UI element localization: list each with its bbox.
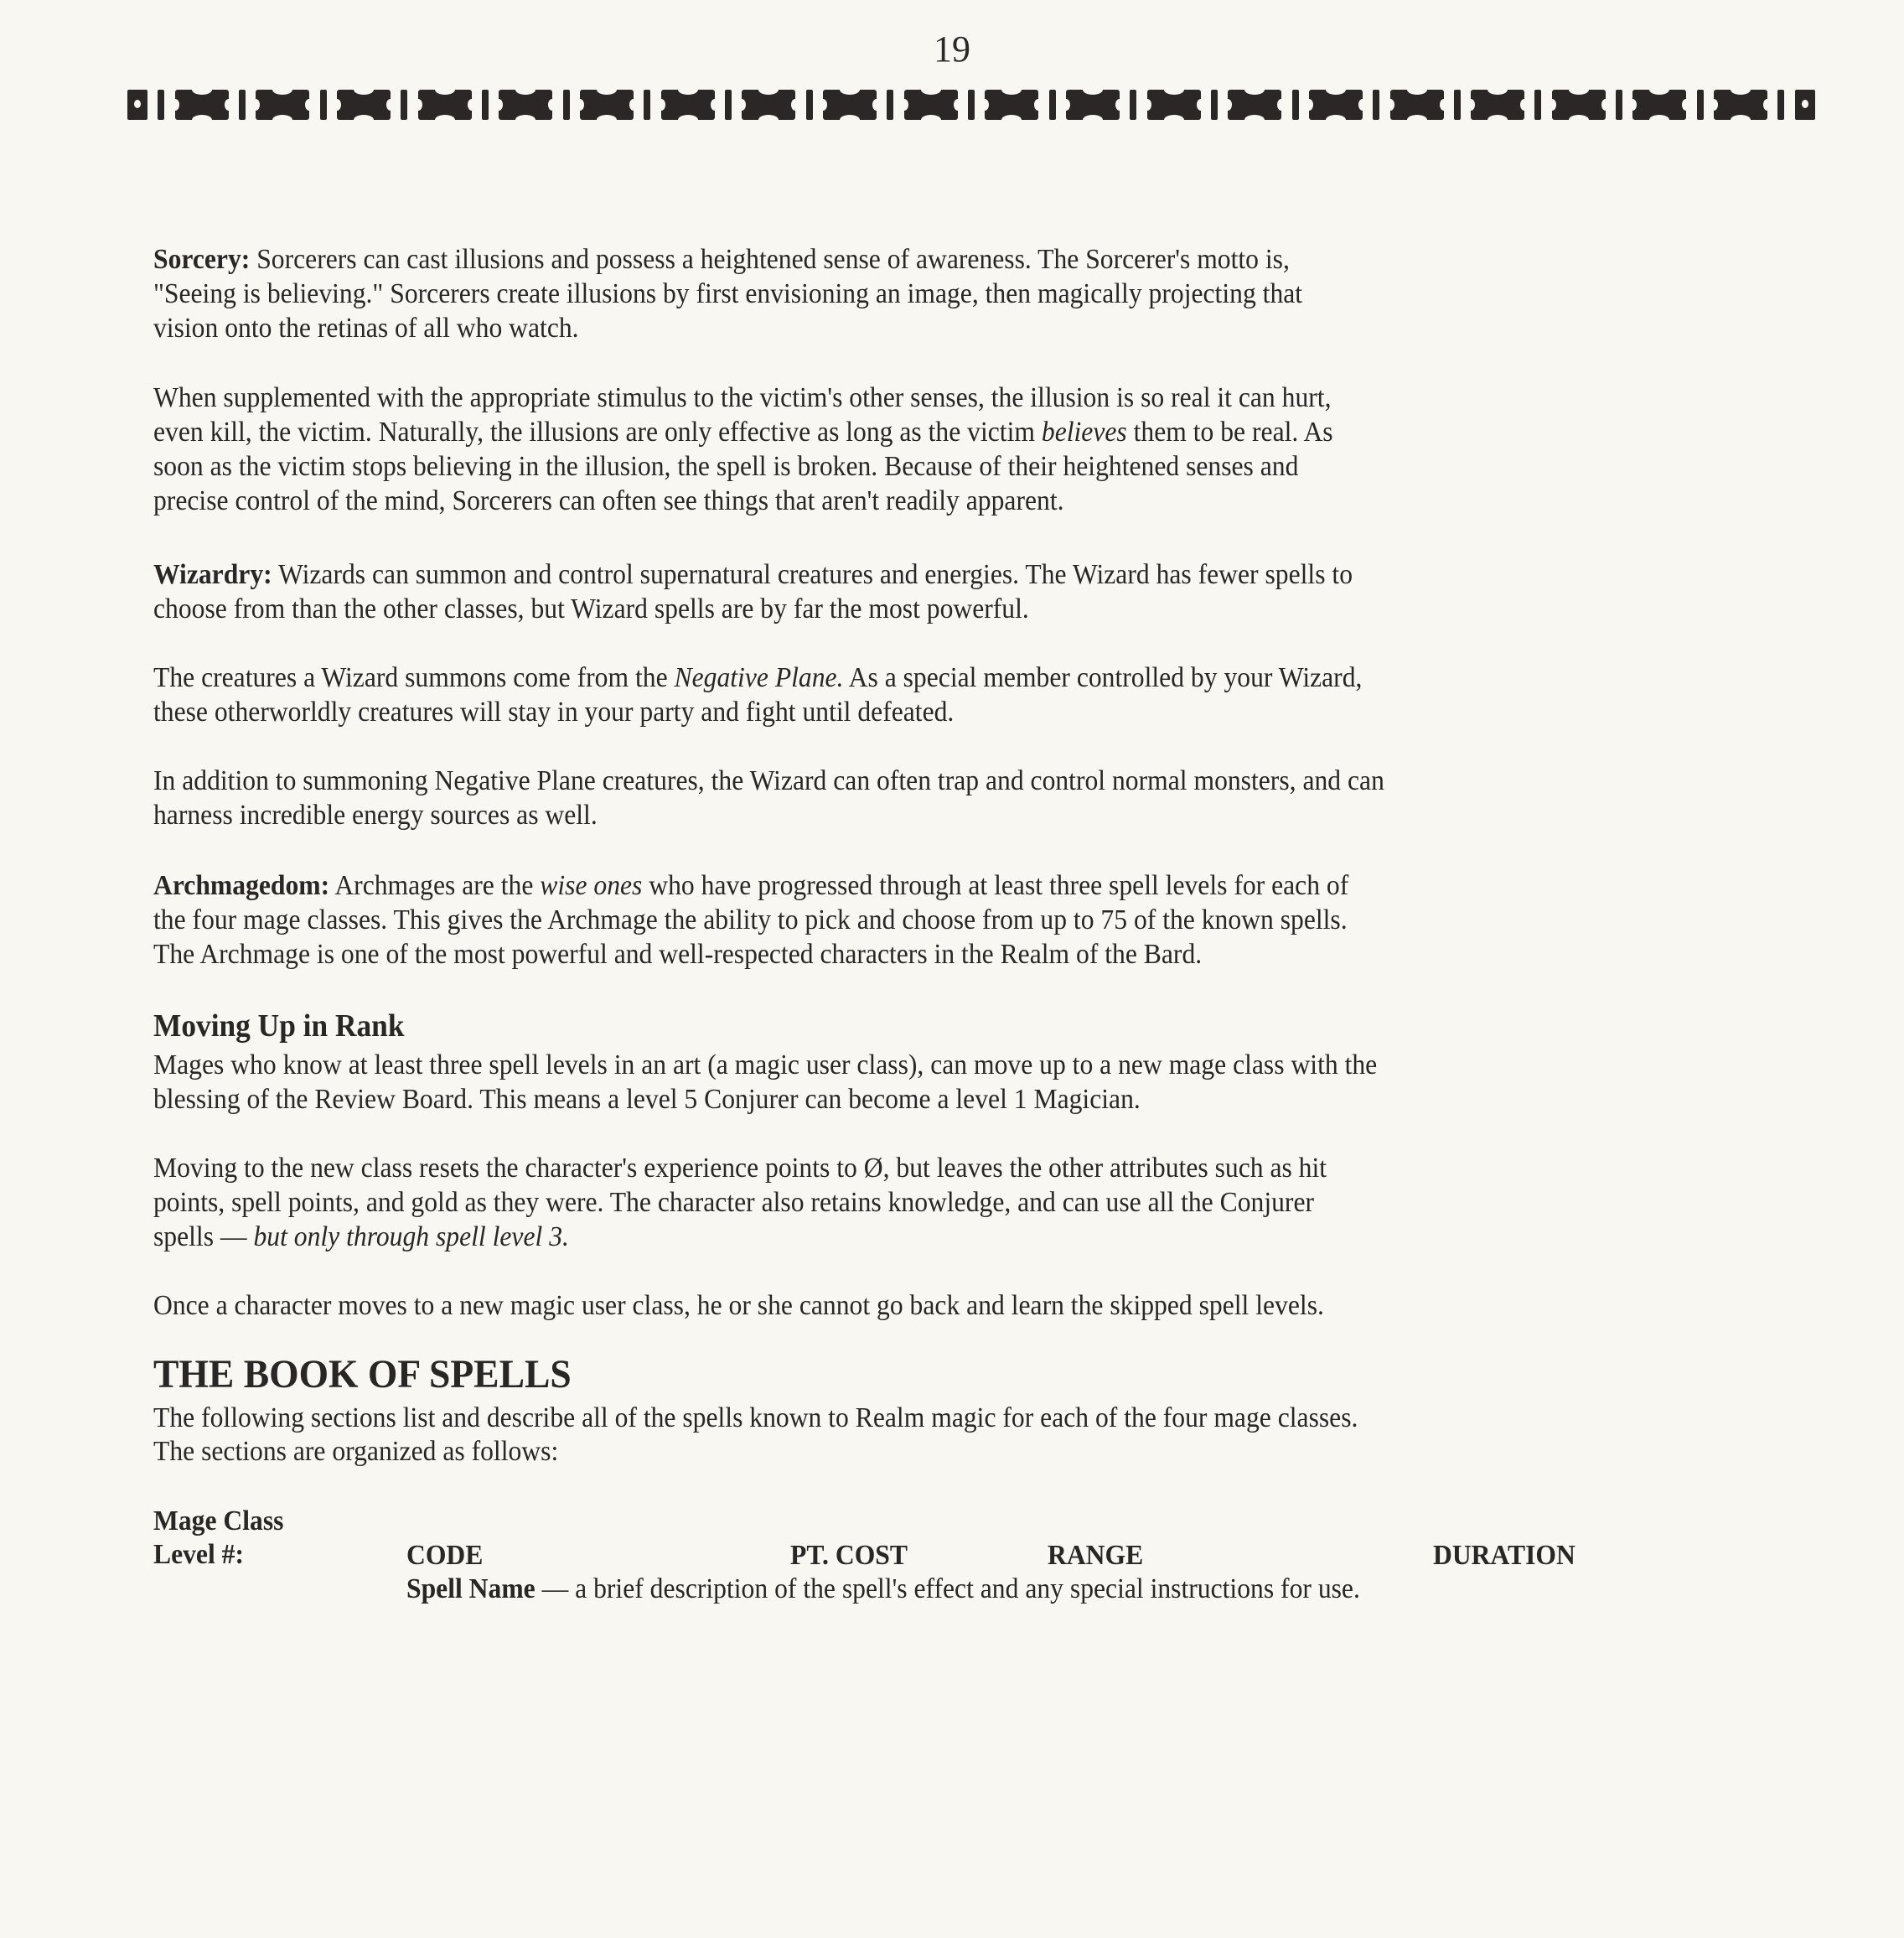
moving-up-para3-line-1: Once a character moves to a new magic us…	[153, 1289, 1324, 1323]
border-x-icon	[580, 90, 634, 120]
emphasis-wise-ones: wise ones	[540, 870, 642, 901]
sorcery-term: Sorcery:	[153, 244, 250, 275]
border-x-icon	[337, 90, 391, 120]
border-bar-icon	[320, 90, 327, 120]
border-x-icon	[1552, 90, 1606, 120]
sorcery-para2-line-1: When supplemented with the appropriate s…	[153, 381, 1331, 415]
border-bar-icon	[401, 90, 407, 120]
border-bar-icon	[1211, 90, 1218, 120]
page-number: 19	[0, 28, 1904, 70]
sorcery-para2-line-2: even kill, the victim. Naturally, the il…	[153, 416, 1333, 449]
moving-up-para1-line-2: blessing of the Review Board. This means…	[153, 1083, 1141, 1117]
border-x-icon	[985, 90, 1038, 120]
border-bar-icon	[1777, 90, 1784, 120]
border-bar-icon	[887, 90, 893, 120]
emphasis-spell-level-3: but only through spell level 3.	[253, 1221, 568, 1252]
legend-mage-class-label: Mage Class	[153, 1505, 283, 1538]
sorcery-line-3: vision onto the retinas of all who watch…	[153, 312, 579, 345]
legend-col-duration: DURATION	[1433, 1539, 1575, 1573]
border-x-icon	[1390, 90, 1444, 120]
border-x-icon	[904, 90, 958, 120]
border-x-icon	[1147, 90, 1201, 120]
moving-up-heading: Moving Up in Rank	[153, 1008, 405, 1044]
border-x-icon	[1309, 90, 1363, 120]
book-of-spells-intro-line-2: The sections are organized as follows:	[153, 1435, 558, 1469]
border-bar-icon	[806, 90, 813, 120]
border-bar-icon	[1292, 90, 1299, 120]
border-bar-icon	[644, 90, 650, 120]
legend-col-range: RANGE	[1048, 1539, 1143, 1573]
border-x-icon	[1228, 90, 1281, 120]
legend-col-code: CODE	[406, 1539, 483, 1573]
wizardry-para3-line-1: In addition to summoning Negative Plane …	[153, 764, 1384, 798]
wizardry-para3-line-2: harness incredible energy sources as wel…	[153, 799, 598, 832]
emphasis-believes: believes	[1042, 417, 1127, 448]
wizardry-para2-line-1: The creatures a Wizard summons come from…	[153, 661, 1362, 695]
legend-col-pt-cost: PT. COST	[790, 1539, 908, 1573]
border-end-square-icon	[127, 90, 147, 120]
border-bar-icon	[1130, 90, 1136, 120]
wizardry-term: Wizardry:	[153, 559, 272, 590]
border-bar-icon	[563, 90, 570, 120]
border-x-icon	[256, 90, 309, 120]
border-bar-icon	[725, 90, 732, 120]
archmagedom-line-2: the four mage classes. This gives the Ar…	[153, 904, 1348, 937]
border-x-icon	[742, 90, 795, 120]
archmagedom-line-1: Archmagedom: Archmages are the wise ones…	[153, 869, 1348, 903]
border-bar-icon	[1373, 90, 1379, 120]
decorative-border	[127, 90, 1815, 121]
sorcery-para2-line-3: soon as the victim stops believing in th…	[153, 450, 1298, 484]
sorcery-line-1: Sorcery: Sorcerers can cast illusions an…	[153, 243, 1290, 277]
border-x-icon	[823, 90, 877, 120]
border-x-icon	[1714, 90, 1767, 120]
border-bar-icon	[1616, 90, 1622, 120]
sorcery-line-2: "Seeing is believing." Sorcerers create …	[153, 277, 1302, 311]
archmagedom-line-3: The Archmage is one of the most powerful…	[153, 938, 1202, 972]
border-x-icon	[175, 90, 229, 120]
border-x-icon	[499, 90, 552, 120]
border-bar-icon	[158, 90, 164, 120]
wizardry-line-2: choose from than the other classes, but …	[153, 593, 1029, 626]
border-bar-icon	[239, 90, 246, 120]
sorcery-para2-line-4: precise control of the mind, Sorcerers c…	[153, 484, 1064, 518]
legend-spell-name-line: Spell Name — a brief description of the …	[406, 1573, 1360, 1606]
border-bar-icon	[482, 90, 489, 120]
border-bar-icon	[1454, 90, 1461, 120]
border-x-icon	[418, 90, 472, 120]
border-bar-icon	[1534, 90, 1541, 120]
border-end-square-icon	[1795, 90, 1815, 120]
legend-spell-name: Spell Name	[406, 1573, 535, 1604]
wizardry-line-1: Wizardry: Wizards can summon and control…	[153, 558, 1353, 592]
book-of-spells-intro-line-1: The following sections list and describe…	[153, 1402, 1358, 1435]
archmagedom-term: Archmagedom:	[153, 870, 329, 901]
wizardry-para2-line-2: these otherworldly creatures will stay i…	[153, 696, 954, 729]
legend-level-label: Level #:	[153, 1538, 244, 1572]
moving-up-para1-line-1: Mages who know at least three spell leve…	[153, 1049, 1377, 1082]
border-x-icon	[661, 90, 715, 120]
border-x-icon	[1066, 90, 1120, 120]
moving-up-para2-line-2: points, spell points, and gold as they w…	[153, 1186, 1314, 1220]
border-bar-icon	[968, 90, 975, 120]
border-x-icon	[1632, 90, 1686, 120]
border-x-icon	[1471, 90, 1524, 120]
border-bar-icon	[1049, 90, 1056, 120]
moving-up-para2-line-1: Moving to the new class resets the chara…	[153, 1152, 1327, 1185]
moving-up-para2-line-3: spells — but only through spell level 3.	[153, 1220, 569, 1254]
book-of-spells-heading: THE BOOK OF SPELLS	[153, 1352, 572, 1397]
border-bar-icon	[1697, 90, 1704, 120]
emphasis-negative-plane: Negative Plane.	[675, 662, 844, 693]
